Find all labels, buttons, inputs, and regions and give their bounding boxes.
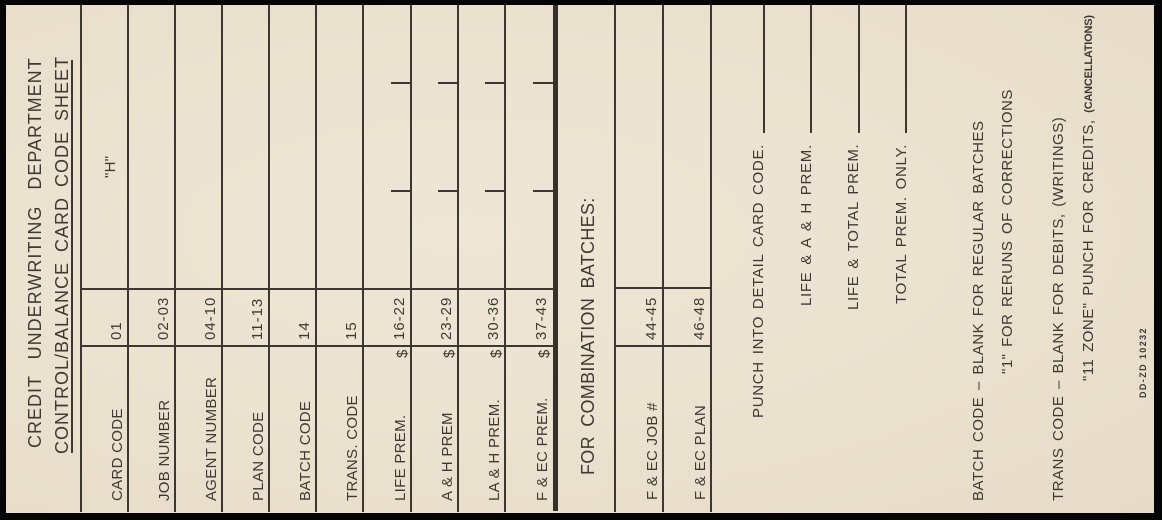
entry-field-fec-plan[interactable] <box>664 6 710 287</box>
columns-life-prem: 16-22 <box>388 290 412 340</box>
columns-agent-number: 04-10 <box>199 290 223 340</box>
premium-tick-mark <box>533 190 553 192</box>
premium-tick-mark <box>391 190 411 192</box>
entry-field-trans-code[interactable] <box>317 6 362 288</box>
label-agent-number: AGENT NUMBER <box>200 338 224 501</box>
entry-field-job-number[interactable] <box>129 6 174 288</box>
premium-tick-mark <box>438 190 458 192</box>
columns-fec-plan: 46-48 <box>688 290 712 340</box>
label-job-number: JOB NUMBER <box>153 338 177 501</box>
columns-ah-prem: 23-29 <box>435 290 459 340</box>
trans-code-note-line-2-text: "11 ZONE" PUNCH FOR CREDITS, <box>1080 119 1097 381</box>
punch-instruction-life-ah-prem: LIFE & A & H PREM. <box>795 144 819 444</box>
punch-instruction-detail-card-code: PUNCH INTO DETAIL CARD CODE. <box>747 144 771 444</box>
form-number: DD-ZD 10232 <box>1135 300 1151 398</box>
entry-field-life-prem[interactable] <box>364 6 410 288</box>
title-underline <box>71 60 73 453</box>
blank-line-detail-card-code[interactable] <box>763 5 765 133</box>
trans-code-note-line-1: TRANS CODE – BLANK FOR DEBITS, (WRITINGS… <box>1047 80 1071 501</box>
dollar-sign-icon: $ <box>533 349 557 367</box>
batch-code-note-line-2: "1" FOR RERUNS OF CORRECTIONS <box>996 80 1020 374</box>
blank-line-life-total-prem[interactable] <box>858 5 860 133</box>
columns-lah-prem: 30-36 <box>482 290 506 340</box>
label-batch-code: BATCH CODE <box>294 338 318 501</box>
label-fec-job-number: F & EC JOB # <box>641 338 665 500</box>
dollar-sign-icon: $ <box>391 349 415 367</box>
dollar-sign-icon: $ <box>485 349 509 367</box>
scanned-card: CREDIT UNDERWRITING DEPARTMENT CONTROL/B… <box>0 0 1162 520</box>
label-trans-code: TRANS. CODE <box>341 338 365 501</box>
premium-tick-mark <box>533 82 553 84</box>
premium-tick-mark <box>438 82 458 84</box>
card-code-preset-value: "H" <box>99 120 123 178</box>
entry-field-agent-number[interactable] <box>176 6 221 288</box>
premium-tick-mark <box>391 82 411 84</box>
columns-job-number: 02-03 <box>152 290 176 340</box>
premium-tick-mark <box>485 190 505 192</box>
entry-field-plan-code[interactable] <box>223 6 268 288</box>
title-line-1: CREDIT UNDERWRITING DEPARTMENT <box>23 20 47 448</box>
columns-fec-prem: 37-43 <box>530 290 554 340</box>
entry-field-ah-prem[interactable] <box>412 6 457 288</box>
columns-fec-job-number: 44-45 <box>640 290 664 340</box>
punch-instruction-life-total-prem: LIFE & TOTAL PREM. <box>842 144 866 444</box>
label-plan-code: PLAN CODE <box>247 338 271 501</box>
entry-field-fec-prem[interactable] <box>506 6 553 288</box>
columns-card-code: 01 <box>105 290 129 340</box>
label-card-code: CARD CODE <box>106 338 130 501</box>
trans-code-note-line-2-suffix: (CANCELLATIONS) <box>1083 15 1095 113</box>
columns-trans-code: 15 <box>340 290 364 340</box>
trans-code-note-line-2: "11 ZONE" PUNCH FOR CREDITS, (CANCELLATI… <box>1077 20 1101 381</box>
combination-batches-heading: FOR COMBINATION BATCHES: <box>576 150 600 475</box>
punch-instruction-total-prem-only: TOTAL PREM. ONLY. <box>890 144 914 444</box>
grid-line-columns-top <box>614 287 712 289</box>
batch-code-note-line-1: BATCH CODE – BLANK FOR REGULAR BATCHES <box>967 80 991 501</box>
entry-field-lah-prem[interactable] <box>459 6 504 288</box>
entry-field-fec-job-number[interactable] <box>616 6 662 287</box>
columns-plan-code: 11-13 <box>246 290 270 340</box>
entry-field-batch-code[interactable] <box>270 6 315 288</box>
label-fec-plan: F & EC PLAN <box>689 338 713 500</box>
columns-batch-code: 14 <box>293 290 317 340</box>
dollar-sign-icon: $ <box>438 349 462 367</box>
blank-line-total-prem-only[interactable] <box>905 5 907 133</box>
premium-tick-mark <box>485 82 505 84</box>
blank-line-life-ah-prem[interactable] <box>810 5 812 133</box>
